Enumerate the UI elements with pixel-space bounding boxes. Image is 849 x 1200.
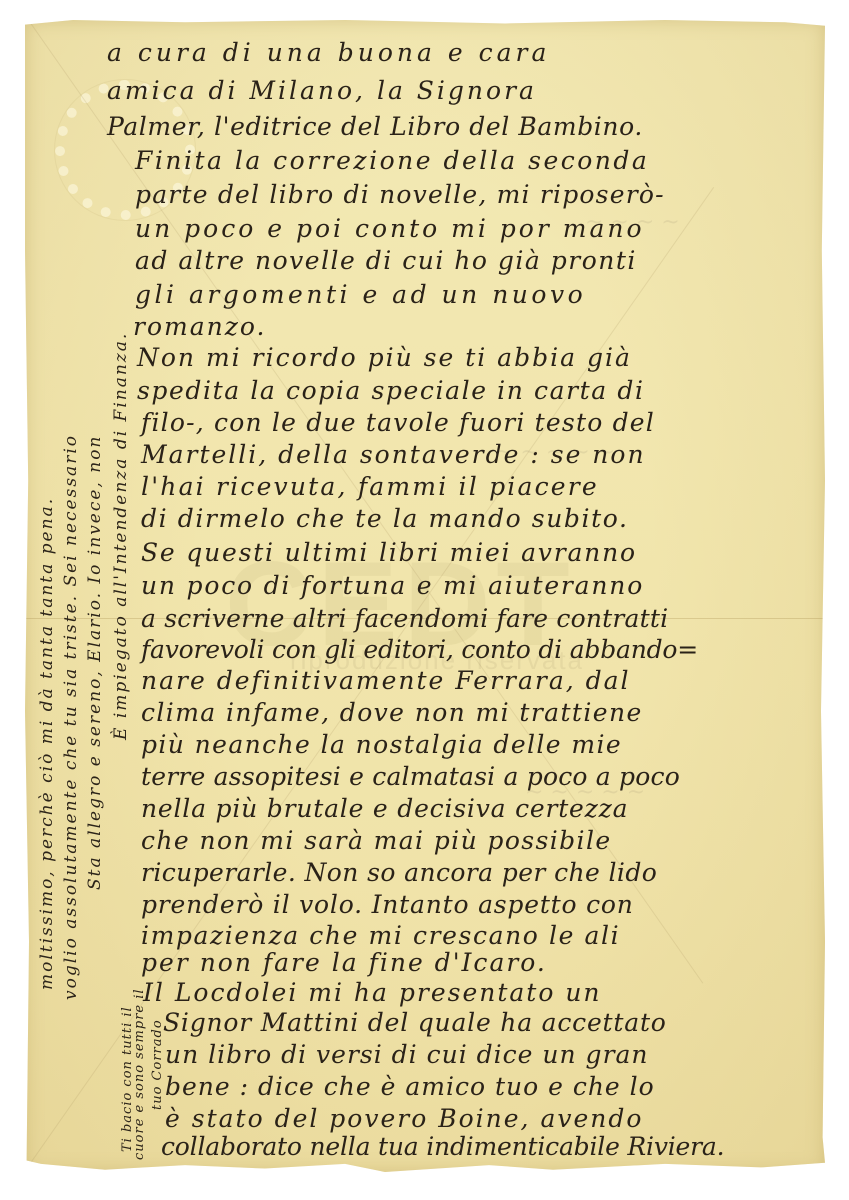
letter-line: ad altre novelle di cui ho già pronti xyxy=(135,248,637,273)
letter-line: filo-, con le due tavole fuori testo del xyxy=(141,410,655,435)
letter-line: più neanche la nostalgia delle mie xyxy=(141,732,622,757)
letter-line: nare definitivamente Ferrara, dal xyxy=(141,668,631,693)
letter-line: di dirmelo che te la mando subito. xyxy=(141,506,629,531)
document-scan: CEDT riproduzione riservata ~ ~ ~ ~ ~ ~ … xyxy=(0,0,849,1200)
letter-line: a scriverne altri facendomi fare contrat… xyxy=(141,606,668,631)
letter-line: Finita la correzione della seconda xyxy=(135,148,649,173)
letter-line: nella più brutale e decisiva certezza xyxy=(141,796,628,821)
letter-line: Il Locdolei mi ha presentato un xyxy=(143,980,602,1005)
signature: tuo Corrado xyxy=(151,1019,164,1110)
letter-line: che non mi sarà mai più possibile xyxy=(141,828,612,853)
letter-line: terre assopitesi e calmatasi a poco a po… xyxy=(141,764,680,789)
letter-line: bene : dice che è amico tuo e che lo xyxy=(165,1074,655,1099)
letter-line: un libro di versi di cui dice un gran xyxy=(165,1042,649,1067)
letter-line: favorevoli con gli editori, conto di abb… xyxy=(141,637,698,662)
letter-line: prenderò il volo. Intanto aspetto con xyxy=(141,892,634,917)
letter-line: romanzo. xyxy=(133,314,266,339)
margin-note: voglio assolutamente che tu sia triste. … xyxy=(63,434,80,1000)
letter-line: l'hai ricevuta, fammi il piacere xyxy=(141,474,599,499)
letter-line: impazienza che mi crescano le ali xyxy=(141,923,620,948)
letter-line: parte del libro di novelle, mi riposerò- xyxy=(135,182,665,207)
letter-line: spedita la copia speciale in carta di xyxy=(137,378,645,403)
letter-line: amica di Milano, la Signora xyxy=(107,78,537,103)
letter-line: un poco di fortuna e mi aiuteranno xyxy=(141,573,644,598)
letter-line: Se questi ultimi libri miei avranno xyxy=(141,540,637,565)
letter-line: Signor Mattini del quale ha accettato xyxy=(163,1010,667,1035)
letter-line: Martelli, della sontaverde : se non xyxy=(141,442,646,467)
margin-note: È impiegato all'Intendenza di Finanza. xyxy=(113,332,130,740)
closing-note: cuore e sono sempre il xyxy=(133,988,146,1160)
letter-line: gli argomenti e ad un nuovo xyxy=(135,282,586,307)
letter-page: CEDT riproduzione riservata ~ ~ ~ ~ ~ ~ … xyxy=(25,20,825,1172)
letter-line: collaborato nella tua indimenticabile Ri… xyxy=(161,1134,724,1159)
letter-line: Non mi ricordo più se ti abbia già xyxy=(137,345,632,370)
letter-line: per non fare la fine d'Icaro. xyxy=(141,950,547,975)
letter-line: ricuperarle. Non so ancora per che lido xyxy=(141,860,657,885)
letter-line: a cura di una buona e cara xyxy=(107,40,550,65)
margin-note: moltissimo, perchè ciò mi dà tanta tanta… xyxy=(39,497,56,990)
letter-line: clima infame, dove non mi trattiene xyxy=(141,700,643,725)
letter-line: è stato del povero Boine, avendo xyxy=(165,1106,643,1131)
margin-note: Sta allegro e sereno, Elario. Io invece,… xyxy=(87,435,104,890)
letter-line: un poco e poi conto mi por mano xyxy=(135,216,645,241)
letter-line: Palmer, l'editrice del Libro del Bambino… xyxy=(107,114,643,139)
